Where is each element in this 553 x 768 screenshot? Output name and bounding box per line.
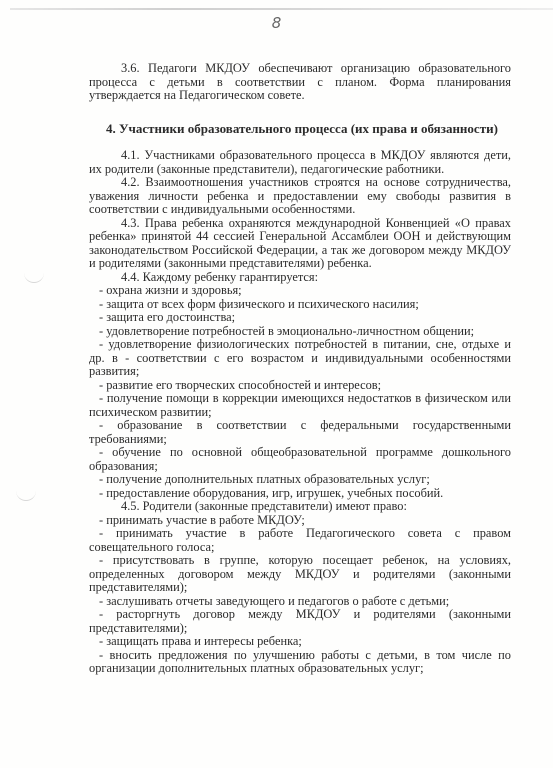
list-item: - получение дополнительных платных образ… [89, 473, 511, 487]
child-rights-list: - охрана жизни и здоровья; - защита от в… [89, 284, 511, 500]
list-item: - охрана жизни и здоровья; [89, 284, 511, 298]
list-item: - принимать участие в работе МКДОУ; [89, 514, 511, 528]
list-item: - вносить предложения по улучшению работ… [89, 649, 511, 676]
list-item: - предоставление оборудования, игр, игру… [89, 487, 511, 501]
list-item: - обучение по основной общеобразовательн… [89, 446, 511, 473]
paragraph-4-3: 4.3. Права ребенка охраняются международ… [89, 217, 511, 271]
document-body: 3.6. Педагоги МКДОУ обеспечивают организ… [89, 62, 511, 676]
list-item: - защита от всех форм физического и псих… [89, 298, 511, 312]
paragraph-4-1: 4.1. Участниками образовательного процес… [89, 149, 511, 176]
list-item: - удовлетворение потребностей в эмоциона… [89, 325, 511, 339]
parent-rights-list: - принимать участие в работе МКДОУ; - пр… [89, 514, 511, 676]
scan-edge-line [10, 8, 553, 10]
paragraph-4-2: 4.2. Взаимоотношения участников строятся… [89, 176, 511, 217]
paragraph-3-6: 3.6. Педагоги МКДОУ обеспечивают организ… [89, 62, 511, 103]
scanned-page: 8 3.6. Педагоги МКДОУ обеспечивают орган… [0, 0, 553, 768]
punch-hole-mark [24, 270, 44, 283]
paragraph-4-5: 4.5. Родители (законные представители) и… [89, 500, 511, 514]
punch-hole-mark [16, 488, 36, 501]
list-item: - развитие его творческих способностей и… [89, 379, 511, 393]
list-item: - образование в соответствии с федеральн… [89, 419, 511, 446]
list-item: - защита его достоинства; [89, 311, 511, 325]
paragraph-4-4: 4.4. Каждому ребенку гарантируется: [89, 271, 511, 285]
list-item: - получение помощи в коррекции имеющихся… [89, 392, 511, 419]
list-item: - защищать права и интересы ребенка; [89, 635, 511, 649]
list-item: - присутствовать в группе, которую посещ… [89, 554, 511, 595]
page-number: 8 [0, 14, 553, 32]
section-heading: 4. Участники образовательного процесса (… [89, 122, 511, 136]
list-item: - заслушивать отчеты заведующего и педаг… [89, 595, 511, 609]
list-item: - принимать участие в работе Педагогичес… [89, 527, 511, 554]
list-item: - удовлетворение физиологических потребн… [89, 338, 511, 379]
list-item: - расторгнуть договор между МКДОУ и роди… [89, 608, 511, 635]
